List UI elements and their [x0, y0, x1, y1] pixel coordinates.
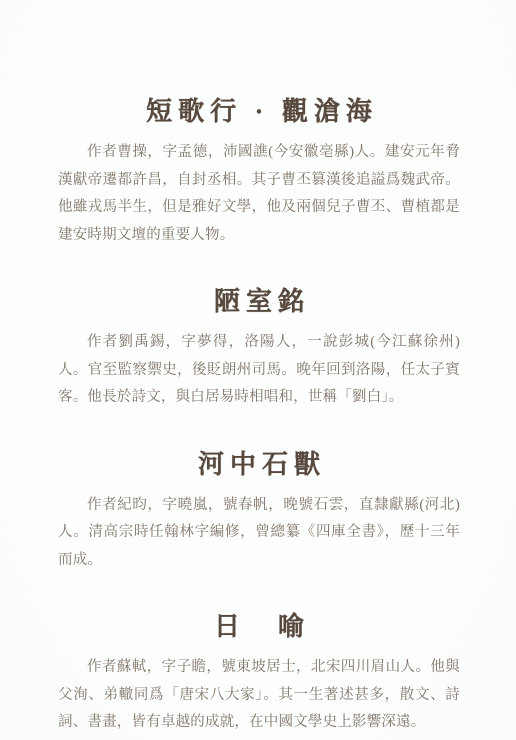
book-page: 短歌行 · 觀滄海 作者曹操，字孟德，沛國譙(今安徽亳縣)人。建安元年脅漢獻帝遷…	[0, 0, 516, 740]
section-paragraph-caocao-bio: 作者曹操，字孟德，沛國譙(今安徽亳縣)人。建安元年脅漢獻帝遷都許昌，自封丞相。其…	[58, 139, 460, 249]
section-title-duangexing-guancanghai: 短歌行 · 觀滄海	[58, 97, 460, 127]
section-loushiming: 陋室銘 作者劉禹錫，字夢得，洛陽人，一說彭城(今江蘇徐州)人。官至監察禦史，後貶…	[58, 287, 460, 412]
section-title-loushiming: 陋室銘	[58, 287, 460, 317]
section-duangexing: 短歌行 · 觀滄海 作者曹操，字孟德，沛國譙(今安徽亳縣)人。建安元年脅漢獻帝遷…	[58, 97, 460, 249]
section-title-hezhongshishou: 河中石獸	[58, 450, 460, 480]
section-paragraph-sushi-bio: 作者蘇軾，字子瞻，號東坡居士，北宋四川眉山人。他與父洵、弟轍同爲「唐宋八大家」。…	[58, 654, 460, 737]
section-riyu: 日 喻 作者蘇軾，字子瞻，號東坡居士，北宋四川眉山人。他與父洵、弟轍同爲「唐宋八…	[58, 612, 460, 737]
section-paragraph-liuyuxi-bio: 作者劉禹錫，字夢得，洛陽人，一說彭城(今江蘇徐州)人。官至監察禦史，後貶朗州司馬…	[58, 329, 460, 412]
section-hezhongshishou: 河中石獸 作者紀昀，字曉嵐，號春帆，晚號石雲，直隸獻縣(河北)人。清高宗時任翰林…	[58, 450, 460, 575]
section-title-riyu: 日 喻	[58, 612, 460, 642]
section-paragraph-jiyun-bio: 作者紀昀，字曉嵐，號春帆，晚號石雲，直隸獻縣(河北)人。清高宗時任翰林字編修，曾…	[58, 492, 460, 575]
